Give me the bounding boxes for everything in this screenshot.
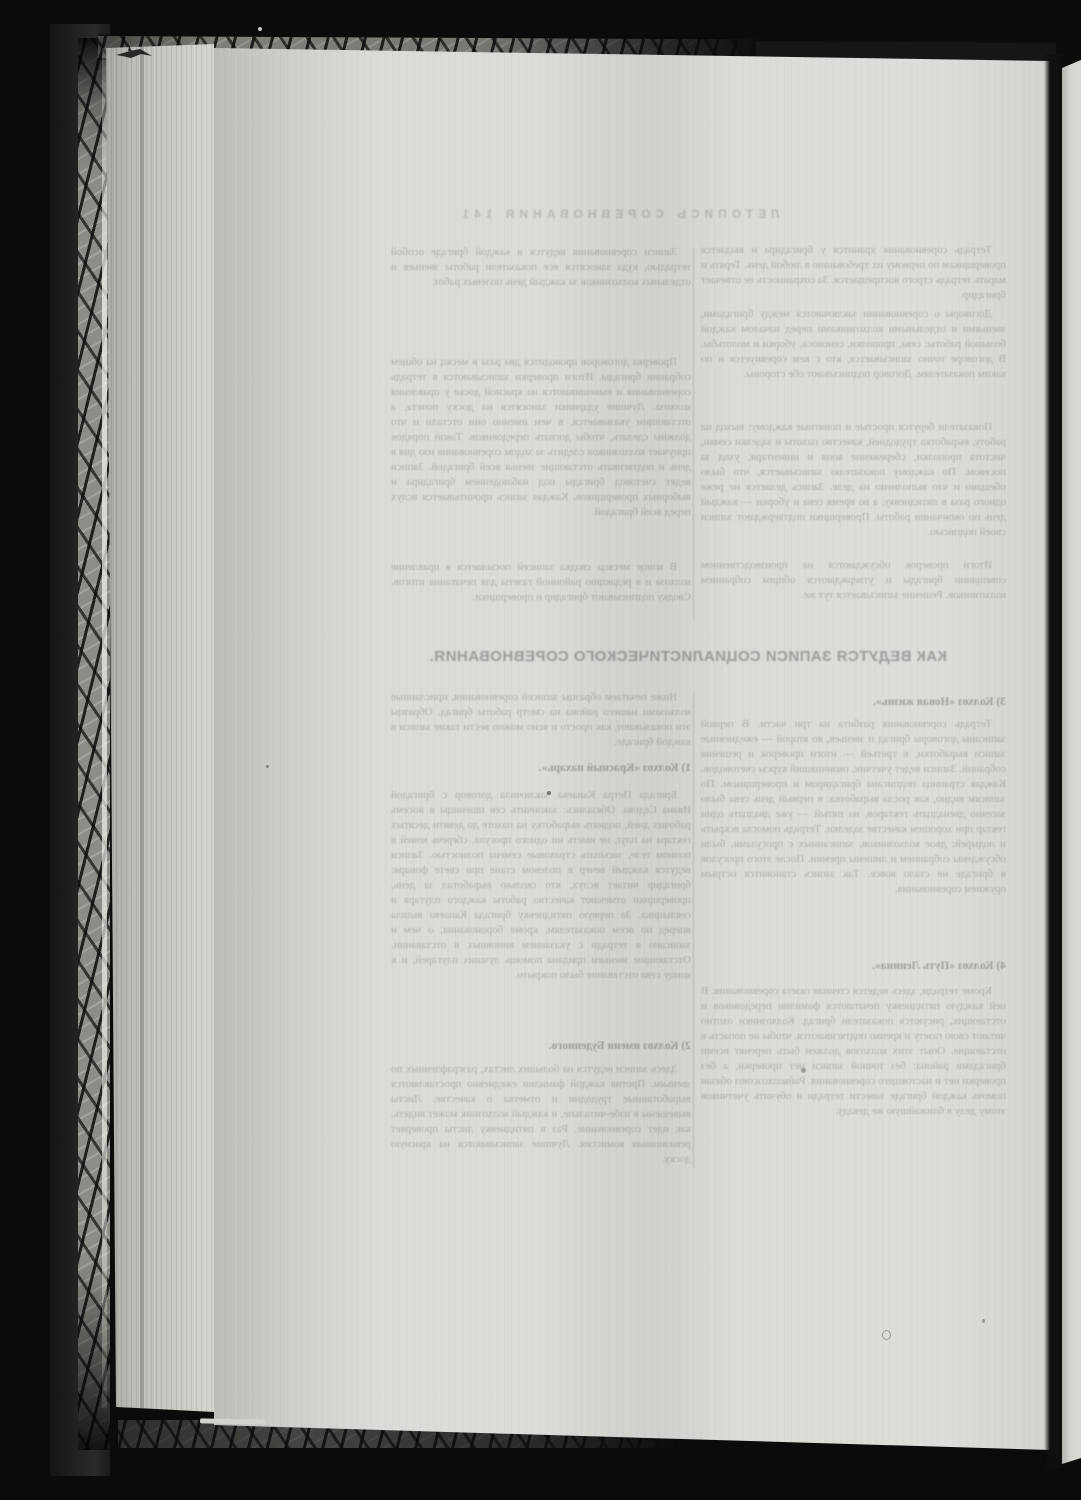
ghost-section-title: КАК ВЕДУТСЯ ЗАПИСИ СОЦИАЛИСТИЧЕСКОГО СОР… <box>409 645 967 671</box>
ghost-paragraph: Кроме тетради, здесь ведется стенная газ… <box>701 984 1006 1170</box>
adjacent-page-edge <box>1062 60 1081 1464</box>
ghost-paragraph: Тетрадь соревнования разбита на три част… <box>701 717 1006 947</box>
ghost-paragraph: Итоги проверок обсуждаются на производст… <box>701 558 1006 604</box>
dust-speck <box>982 1319 985 1323</box>
ghost-paragraph: Проверка договоров проводится два раза в… <box>391 355 691 547</box>
dust-speck <box>801 1068 806 1073</box>
book-scan: ЛЕТОПИСЬ СОРЕВНОВАНИЯ 141 Записи соревно… <box>0 0 1081 1500</box>
ghost-paragraph: Здесь записи ведутся на больших листах, … <box>391 1062 691 1186</box>
ghost-paragraph: Ниже печатаем образцы записей соревнован… <box>391 690 691 752</box>
ghost-subheading: 3) Колхоз «Новая жизнь». <box>701 694 1006 712</box>
ghost-column-rule-bottom <box>693 692 694 1168</box>
dust-speck <box>266 765 269 768</box>
ghost-running-head: ЛЕТОПИСЬ СОРЕВНОВАНИЯ 141 <box>426 204 811 226</box>
ghost-subheading: 4) Колхоз «Путь Ленина». <box>701 958 1006 976</box>
page-gutter-shadow <box>1044 54 1064 1468</box>
white-dust-speck <box>258 27 262 31</box>
binding-edge-highlight <box>102 48 107 1408</box>
ghost-paragraph: Записи соревнования ведутся в каждой бри… <box>391 245 691 315</box>
dust-speck <box>547 791 551 795</box>
ghost-paragraph: Договоры о соревновании заключаются межд… <box>701 307 1006 403</box>
ghost-column-rule-top <box>693 248 694 620</box>
ghost-paragraph: Тетрадь соревнования хранится у бригадир… <box>701 243 1006 303</box>
page-fore-edge <box>106 44 214 1412</box>
book-page: ЛЕТОПИСЬ СОРЕВНОВАНИЯ 141 Записи соревно… <box>214 42 1050 1454</box>
ghost-subheading: 2) Колхоз имени Буденного. <box>391 1038 691 1056</box>
ghost-paragraph: В конце месяца сводка записей посылается… <box>391 560 691 622</box>
ghost-paragraph: Бригада Петра Канаева заключила договор … <box>391 788 691 1020</box>
ink-ring-mark <box>882 1330 891 1340</box>
ink-hook-mark <box>114 44 158 64</box>
ghost-paragraph: Показатели берутся простые и понятные ка… <box>701 420 1006 556</box>
ghost-subheading: 1) Колхоз «Красный пахарь». <box>391 760 691 778</box>
